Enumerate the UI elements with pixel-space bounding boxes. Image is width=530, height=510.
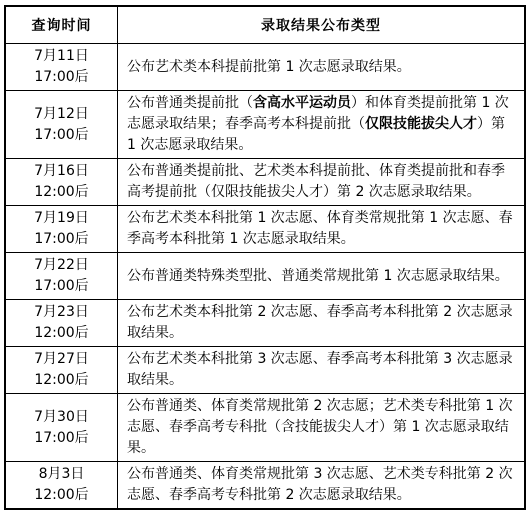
- result-type-cell: 公布普通类、体育类常规批第 2 次志愿；艺术类专科批第 1 次志愿、春季高考专科…: [118, 394, 526, 462]
- query-time-text: 12:00后: [6, 182, 117, 203]
- table-row: 8月3日 12:00后 公布普通类、体育类常规批第 3 次志愿、艺术类专科批第 …: [5, 462, 525, 510]
- result-type-cell: 公布艺术类本科批第 3 次志愿、春季高考本科批第 3 次志愿录取结果。: [118, 347, 526, 394]
- result-type-cell: 公布普通类特殊类型批、普通类常规批第 1 次志愿录取结果。: [118, 253, 526, 300]
- page: 查询时间 录取结果公布类型 7月11日 17:00后 公布艺术类本科提前批第 1…: [0, 0, 530, 493]
- table-body: 7月11日 17:00后 公布艺术类本科提前批第 1 次志愿录取结果。 7月12…: [5, 44, 525, 510]
- query-time-cell: 8月3日 12:00后: [5, 462, 118, 510]
- header-row: 查询时间 录取结果公布类型: [5, 6, 525, 44]
- query-time-cell: 7月27日 12:00后: [5, 347, 118, 394]
- query-date-text: 7月30日: [6, 407, 117, 428]
- table-row: 7月12日 17:00后 公布普通类提前批（含高水平运动员）和体育类提前批第 1…: [5, 91, 525, 159]
- query-date-text: 7月11日: [6, 46, 117, 67]
- result-type-text: 公布艺术类本科批第 2 次志愿、春季高考本科批第 2 次志愿录取结果。: [127, 304, 513, 341]
- table-row: 7月11日 17:00后 公布艺术类本科提前批第 1 次志愿录取结果。: [5, 44, 525, 91]
- table-row: 7月22日 17:00后 公布普通类特殊类型批、普通类常规批第 1 次志愿录取结…: [5, 253, 525, 300]
- table-row: 7月30日 17:00后 公布普通类、体育类常规批第 2 次志愿；艺术类专科批第…: [5, 394, 525, 462]
- result-type-text: 公布普通类、体育类常规批第 2 次志愿；艺术类专科批第 1 次志愿、春季高考专科…: [127, 398, 513, 456]
- table-head: 查询时间 录取结果公布类型: [5, 6, 525, 44]
- query-date-text: 7月22日: [6, 255, 117, 276]
- query-time-text: 12:00后: [6, 370, 117, 391]
- table-row: 7月23日 12:00后 公布艺术类本科批第 2 次志愿、春季高考本科批第 2 …: [5, 300, 525, 347]
- result-type-text-bold: 仅限技能拔尖人才: [365, 116, 477, 132]
- query-date-text: 7月16日: [6, 161, 117, 182]
- result-type-text: 公布普通类特殊类型批、普通类常规批第 1 次志愿录取结果。: [127, 268, 509, 284]
- result-type-text: 公布艺术类本科批第 1 次志愿、体育类常规批第 1 次志愿、春季高考本科批第 1…: [127, 210, 513, 247]
- table-row: 7月27日 12:00后 公布艺术类本科批第 3 次志愿、春季高考本科批第 3 …: [5, 347, 525, 394]
- query-time-text: 12:00后: [6, 323, 117, 344]
- result-type-text: 公布艺术类本科提前批第 1 次志愿录取结果。: [127, 59, 411, 75]
- result-type-text: 公布普通类、体育类常规批第 3 次志愿、艺术类专科批第 2 次志愿、春季高考专科…: [127, 466, 513, 503]
- query-time-cell: 7月30日 17:00后: [5, 394, 118, 462]
- result-type-text-bold: 含高水平运动员: [253, 95, 351, 111]
- result-type-text: 公布艺术类本科批第 3 次志愿、春季高考本科批第 3 次志愿录取结果。: [127, 351, 513, 388]
- table-row: 7月19日 17:00后 公布艺术类本科批第 1 次志愿、体育类常规批第 1 次…: [5, 206, 525, 253]
- query-date-text: 7月12日: [6, 104, 117, 125]
- query-time-text: 17:00后: [6, 67, 117, 88]
- result-type-text: 公布普通类提前批（: [127, 95, 253, 111]
- column-header-result-type: 录取结果公布类型: [118, 6, 526, 44]
- result-type-cell: 公布艺术类本科批第 1 次志愿、体育类常规批第 1 次志愿、春季高考本科批第 1…: [118, 206, 526, 253]
- query-date-text: 7月27日: [6, 349, 117, 370]
- query-time-cell: 7月23日 12:00后: [5, 300, 118, 347]
- query-time-text: 17:00后: [6, 276, 117, 297]
- query-time-cell: 7月22日 17:00后: [5, 253, 118, 300]
- query-date-text: 7月19日: [6, 208, 117, 229]
- query-time-text: 17:00后: [6, 428, 117, 449]
- query-date-text: 8月3日: [6, 464, 117, 485]
- result-type-cell: 公布艺术类本科批第 2 次志愿、春季高考本科批第 2 次志愿录取结果。: [118, 300, 526, 347]
- query-time-text: 17:00后: [6, 125, 117, 146]
- column-header-query-time: 查询时间: [5, 6, 118, 44]
- query-time-text: 17:00后: [6, 229, 117, 250]
- result-type-text: 公布普通类提前批、艺术类本科提前批、体育类提前批和春季高考提前批（仅限技能拔尖人…: [127, 163, 505, 200]
- query-time-cell: 7月16日 12:00后: [5, 159, 118, 206]
- table-row: 7月16日 12:00后 公布普通类提前批、艺术类本科提前批、体育类提前批和春季…: [5, 159, 525, 206]
- query-date-text: 7月23日: [6, 302, 117, 323]
- query-time-cell: 7月19日 17:00后: [5, 206, 118, 253]
- result-type-cell: 公布艺术类本科提前批第 1 次志愿录取结果。: [118, 44, 526, 91]
- result-type-cell: 公布普通类提前批（含高水平运动员）和体育类提前批第 1 次志愿录取结果；春季高考…: [118, 91, 526, 159]
- result-type-cell: 公布普通类提前批、艺术类本科提前批、体育类提前批和春季高考提前批（仅限技能拔尖人…: [118, 159, 526, 206]
- query-time-cell: 7月11日 17:00后: [5, 44, 118, 91]
- result-type-cell: 公布普通类、体育类常规批第 3 次志愿、艺术类专科批第 2 次志愿、春季高考专科…: [118, 462, 526, 510]
- query-time-text: 12:00后: [6, 485, 117, 506]
- query-time-cell: 7月12日 17:00后: [5, 91, 118, 159]
- admission-results-schedule-table: 查询时间 录取结果公布类型 7月11日 17:00后 公布艺术类本科提前批第 1…: [4, 5, 526, 510]
